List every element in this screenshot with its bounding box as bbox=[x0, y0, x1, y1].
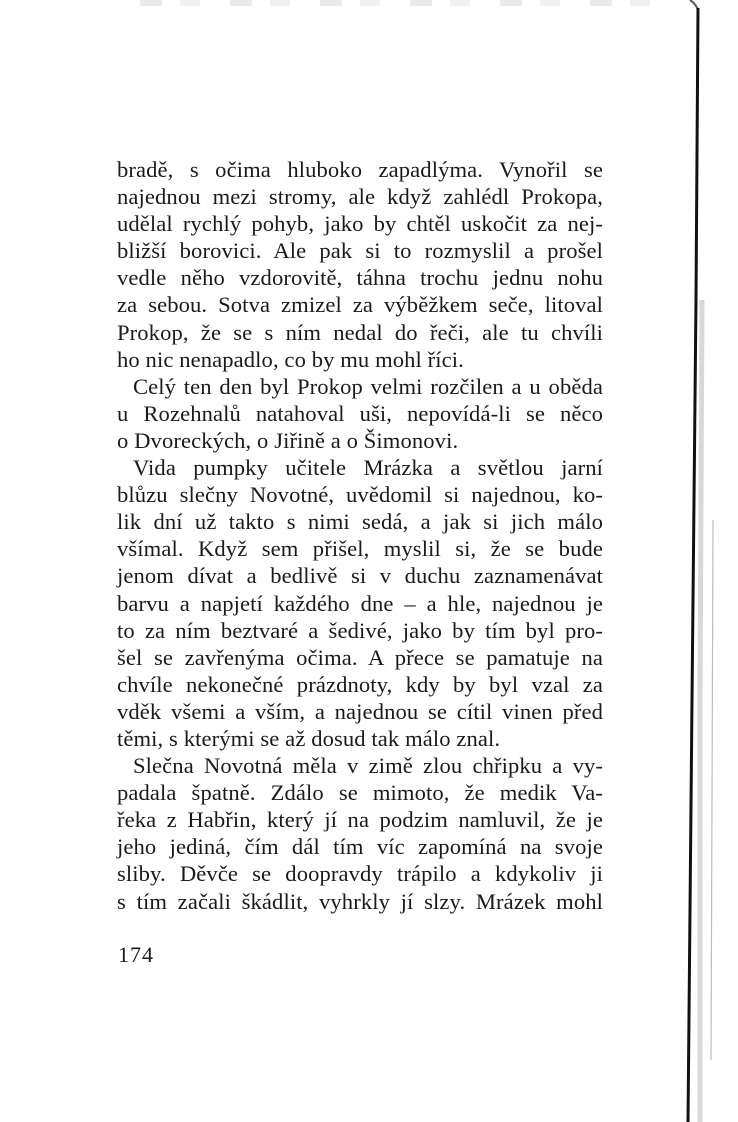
text-line: najednou mezi stromy, ale když zahlédl P… bbox=[117, 183, 603, 210]
paragraph-first-line: Celý ten den byl Prokop velmi rozčilen a… bbox=[117, 373, 603, 400]
text-line: jenom dívat a bedlivě si v duchu zazname… bbox=[117, 562, 603, 589]
paragraph-first-line: Vida pumpky učitele Mrázka a světlou jar… bbox=[117, 454, 603, 481]
text-line: bradě, s očima hluboko zapadlýma. Vynoři… bbox=[117, 156, 603, 183]
text-line: u Rozehnalů natahoval uši, nepovídá-li s… bbox=[117, 400, 603, 427]
text-line: vedle něho vzdorovitě, táhna trochu jedn… bbox=[117, 264, 603, 291]
text-line: lik dní už takto s nimi sedá, a jak si j… bbox=[117, 508, 603, 535]
text-line: chvíle nekonečné prázdnoty, kdy by byl v… bbox=[117, 671, 603, 698]
text-line: o Dvoreckých, o Jiřině a o Šimonovi. bbox=[117, 427, 603, 454]
scan-top-smudge bbox=[140, 0, 680, 6]
text-line: sliby. Děvče se doopravdy trápilo a kdyk… bbox=[117, 860, 603, 887]
text-line: řeka z Habřin, který jí na podzim namluv… bbox=[117, 806, 603, 833]
text-line: udělal rychlý pohyb, jako by chtěl uskoč… bbox=[117, 210, 603, 237]
text-line: Prokop, že se s ním nedal do řeči, ale t… bbox=[117, 319, 603, 346]
text-line: barvu a napjetí každého dne – a hle, naj… bbox=[117, 590, 603, 617]
text-line: všímal. Když sem přišel, myslil si, že s… bbox=[117, 535, 603, 562]
text-line: ho nic nenapadlo, co by mu mohl říci. bbox=[117, 346, 603, 373]
text-line: to za ním beztvaré a šedivé, jako by tím… bbox=[117, 617, 603, 644]
text-line: s tím začali škádlit, vyhrkly jí slzy. M… bbox=[117, 888, 603, 915]
text-line: vděk všemi a vším, a najednou se cítil v… bbox=[117, 698, 603, 725]
text-line: bližší borovici. Ale pak si to rozmyslil… bbox=[117, 237, 603, 264]
text-line: jeho jediná, čím dál tím víc zapomíná na… bbox=[117, 833, 603, 860]
text-line: za sebou. Sotva zmizel za výběžkem seče,… bbox=[117, 291, 603, 318]
text-line: blůzu slečny Novotné, uvědomil si najedn… bbox=[117, 481, 603, 508]
book-page: bradě, s očima hluboko zapadlýma. Vynoři… bbox=[0, 0, 738, 1122]
body-text: bradě, s očima hluboko zapadlýma. Vynoři… bbox=[117, 156, 603, 915]
paragraph-first-line: Slečna Novotná měla v zimě zlou chřipku … bbox=[117, 752, 603, 779]
text-line: těmi, s kterými se až dosud tak málo zna… bbox=[117, 725, 603, 752]
page-number: 174 bbox=[118, 942, 154, 968]
text-line: šel se zavřenýma očima. A přece se pamat… bbox=[117, 644, 603, 671]
text-line: padala špatně. Zdálo se mimoto, že medik… bbox=[117, 779, 603, 806]
